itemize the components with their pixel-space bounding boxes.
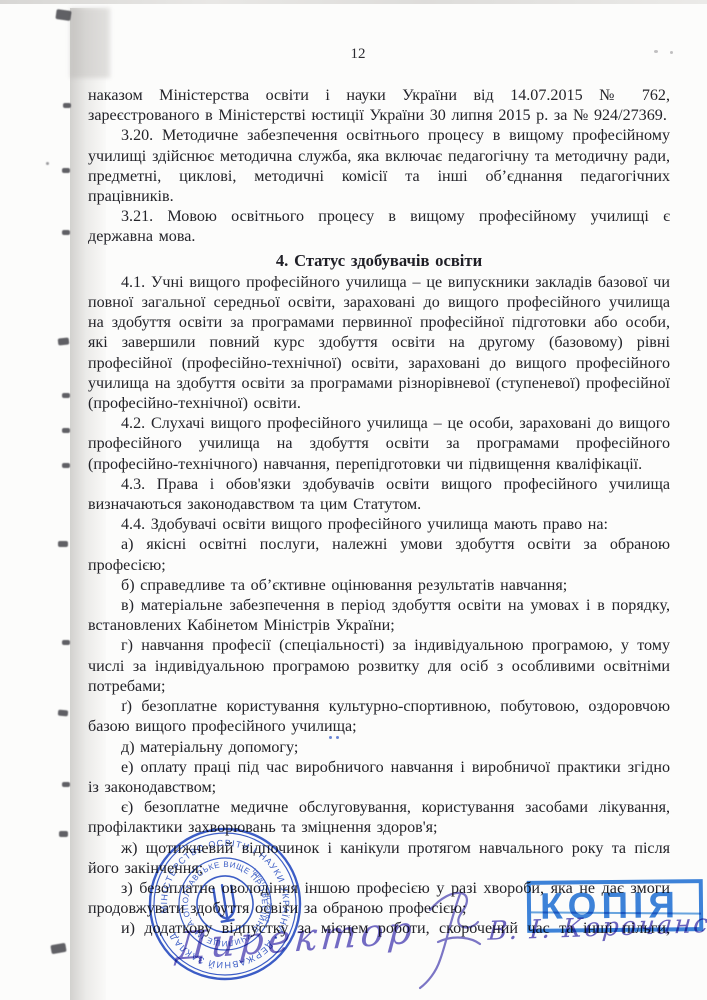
list-item-g: ґ) безоплатне користування культурно-спо… bbox=[88, 697, 670, 737]
list-item-v: в) матеріальне забезпечення в період здо… bbox=[88, 596, 670, 636]
binding-mark bbox=[62, 782, 70, 787]
list-item-h: г) навчання професії (спеціальності) за … bbox=[88, 636, 670, 697]
binding-mark bbox=[62, 168, 70, 173]
list-item-a: а) якісні освітні послуги, належні умови… bbox=[88, 535, 670, 575]
paragraph-4-4: 4.4. Здобувачі освіти вищого професійног… bbox=[88, 515, 670, 535]
scan-speck bbox=[654, 50, 658, 53]
trident-emblem-icon bbox=[213, 884, 236, 922]
paragraph-3-20: 3.20. Методичне забезпечення освітнього … bbox=[88, 126, 670, 207]
binding-mark bbox=[62, 428, 70, 433]
round-seal-stamp: МІНІСТЕРСТВО ОСВІТИ І НАУКИ УКРАЇНИ • ДЕ… bbox=[133, 812, 316, 995]
scanned-document-page: 12 наказом Міністерства освіти і науки У… bbox=[0, 0, 707, 1000]
scan-speck bbox=[670, 51, 673, 54]
binding-mark bbox=[62, 640, 70, 645]
binding-mark bbox=[46, 162, 49, 165]
list-item-e: е) оплату праці під час виробничого навч… bbox=[88, 758, 670, 798]
signature-flourish bbox=[400, 882, 500, 992]
list-item-b: б) справедливе та об’єктивне оцінювання … bbox=[88, 576, 670, 596]
paragraph-3-21: 3.21. Мовою освітнього процесу в вищому … bbox=[88, 207, 670, 247]
binding-mark bbox=[58, 710, 68, 717]
pen-dots bbox=[329, 736, 343, 740]
binding-mark bbox=[50, 943, 66, 954]
document-text: наказом Міністерства освіти і науки Укра… bbox=[88, 86, 670, 940]
binding-mark bbox=[62, 230, 70, 235]
scan-left-shadow-top bbox=[70, 8, 110, 78]
copy-stamp: КОПІЯ bbox=[527, 879, 704, 933]
list-item-d: д) матеріальну допомогу; bbox=[88, 738, 670, 758]
binding-mark bbox=[58, 541, 68, 547]
binding-mark bbox=[62, 463, 70, 468]
paragraph-continuation: наказом Міністерства освіти і науки Укра… bbox=[88, 86, 670, 126]
paragraph-4-1: 4.1. Учні вищого професійного училища – … bbox=[88, 273, 670, 414]
scan-top-edge bbox=[0, 0, 707, 4]
section-heading: 4. Статус здобувачів освіти bbox=[88, 251, 670, 271]
binding-mark bbox=[62, 393, 70, 398]
binding-mark bbox=[63, 103, 71, 108]
paragraph-4-3: 4.3. Права і обов'язки здобувачів освіти… bbox=[88, 475, 670, 515]
paragraph-4-2: 4.2. Слухачі вищого професійного училища… bbox=[88, 414, 670, 475]
binding-mark bbox=[59, 831, 68, 837]
binding-mark bbox=[55, 9, 71, 21]
page-number: 12 bbox=[88, 46, 628, 63]
binding-mark bbox=[58, 337, 70, 345]
